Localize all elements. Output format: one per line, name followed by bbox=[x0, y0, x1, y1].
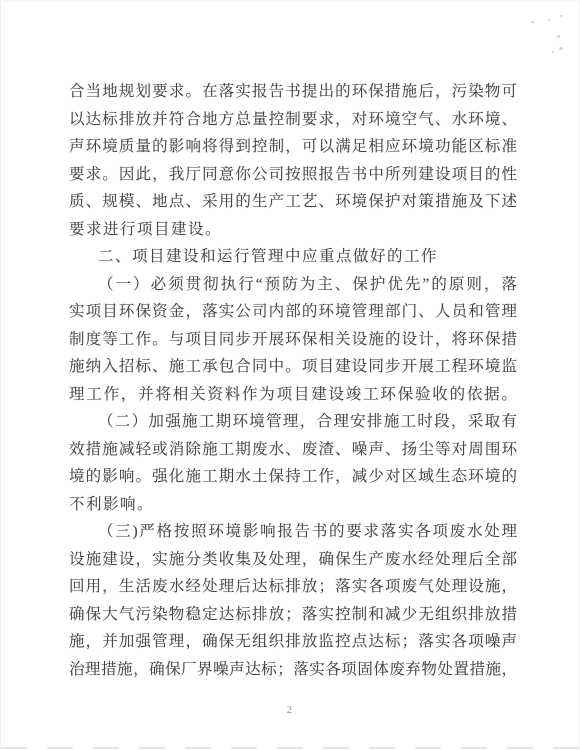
text-line: 合当地规划要求。在落实报告书提出的环保措施后，污染物可 bbox=[69, 78, 517, 106]
text-line: 回用，生活废水经处理后达标排放；落实各项废气处理设施， bbox=[69, 573, 517, 601]
text-line: 施纳入招标、施工承包合同中。项目建设同步开展工程环境监 bbox=[69, 353, 517, 381]
scan-speck bbox=[559, 47, 563, 50]
text-line: （二）加强施工期环境管理，合理安排施工时段，采取有 bbox=[69, 408, 517, 436]
text-line: 实项目环保资金，落实公司内部的环境管理部门、人员和管理 bbox=[69, 298, 517, 326]
text-line: 要求进行项目建设。 bbox=[69, 216, 517, 244]
text-line: （三)严格按照环境影响报告书的要求落实各项废水处理 bbox=[69, 518, 517, 546]
scan-speck bbox=[552, 51, 554, 53]
text-line: 质、规模、地点、采用的生产工艺、环境保护对策措施及下述 bbox=[69, 188, 517, 216]
scan-speck bbox=[557, 35, 560, 38]
text-line: 设施建设，实施分类收集及处理，确保生产废水经处理后全部 bbox=[69, 546, 517, 574]
text-line: 效措施减轻或消除施工期废水、废渣、噪声、扬尘等对周围环 bbox=[69, 436, 517, 464]
text-line: 确保大气污染物稳定达标排放；落实控制和减少无组织排放措 bbox=[69, 601, 517, 629]
scan-speck bbox=[531, 21, 534, 23]
document-page: 合当地规划要求。在落实报告书提出的环保措施后，污染物可 以达标排放并符合地方总量… bbox=[0, 0, 580, 750]
text-line: 要求。因此，我厅同意你公司按照报告书中所列建设项目的性 bbox=[69, 161, 517, 189]
text-line: 施，并加强管理，确保无组织排放监控点达标；落实各项噪声 bbox=[69, 628, 517, 656]
text-line: 境的影响。强化施工期水土保持工作，减少对区域生态环境的 bbox=[69, 463, 517, 491]
text-line: 以达标排放并符合地方总量控制要求，对环境空气、水环境、 bbox=[69, 106, 517, 134]
text-line: 治理措施，确保厂界噪声达标；落实各项固体废弃物处置措施， bbox=[69, 656, 517, 684]
page-number: 2 bbox=[1, 705, 579, 716]
document-body: 合当地规划要求。在落实报告书提出的环保措施后，污染物可 以达标排放并符合地方总量… bbox=[69, 78, 517, 683]
text-line: （一）必须贯彻执行“预防为主、保护优先”的原则，落 bbox=[69, 271, 517, 299]
section-heading: 二、项目建设和运行管理中应重点做好的工作 bbox=[69, 243, 517, 271]
text-line: 制度等工作。与项目同步开展环保相关设施的设计，将环保措 bbox=[69, 326, 517, 354]
text-line: 理工作，并将相关资料作为项目建设竣工环保验收的依据。 bbox=[69, 381, 517, 409]
scan-edge bbox=[1, 747, 579, 749]
scan-speck bbox=[560, 15, 563, 17]
text-line: 声环境质量的影响将得到控制，可以满足相应环境功能区标准 bbox=[69, 133, 517, 161]
text-line: 不利影响。 bbox=[69, 491, 517, 519]
scan-speck bbox=[547, 18, 551, 21]
